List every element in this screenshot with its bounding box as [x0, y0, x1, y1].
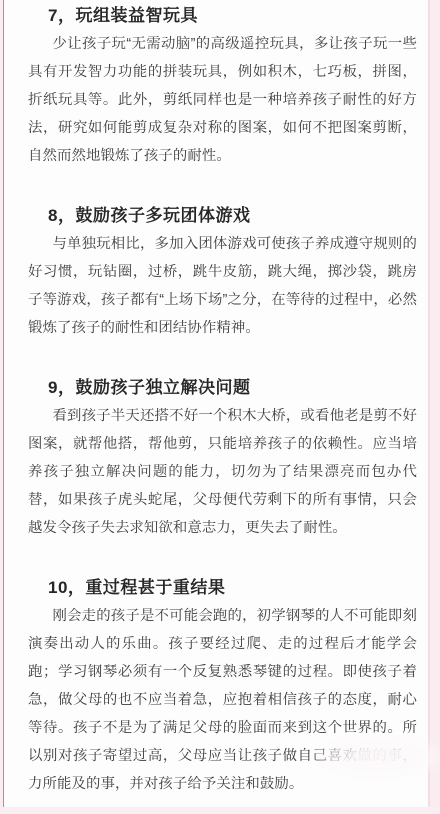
section-9-title: 9，鼓励孩子独立解决问题	[28, 374, 417, 402]
section-10-title: 10，重过程甚于重结果	[28, 574, 417, 602]
section-7-title: 7，玩组装益智玩具	[28, 2, 417, 30]
section-9-paragraph: 看到孩子半天还搭不好一个积木大桥，或看他老是剪不好图案，就帮他搭，帮他剪，只能培…	[28, 402, 417, 542]
bottom-edge-strip	[0, 807, 440, 814]
section-7-paragraph: 少让孩子玩“无需动脑”的高级遥控玩具，多让孩子玩一些具有开发智力功能的拼装玩具，…	[28, 30, 417, 170]
section-8-title: 8，鼓励孩子多玩团体游戏	[28, 202, 417, 230]
section-8-paragraph: 与单独玩相比，多加入团体游戏可使孩子养成遵守规则的好习惯，玩钻圈，过桥，跳牛皮筋…	[28, 230, 417, 342]
article-page: 7，玩组装益智玩具 少让孩子玩“无需动脑”的高级遥控玩具，多让孩子玩一些具有开发…	[3, 0, 430, 807]
section-10-paragraph: 刚会走的孩子是不可能会跑的，初学钢琴的人不可能即刻演奏出动人的乐曲。孩子要经过爬…	[28, 602, 417, 798]
